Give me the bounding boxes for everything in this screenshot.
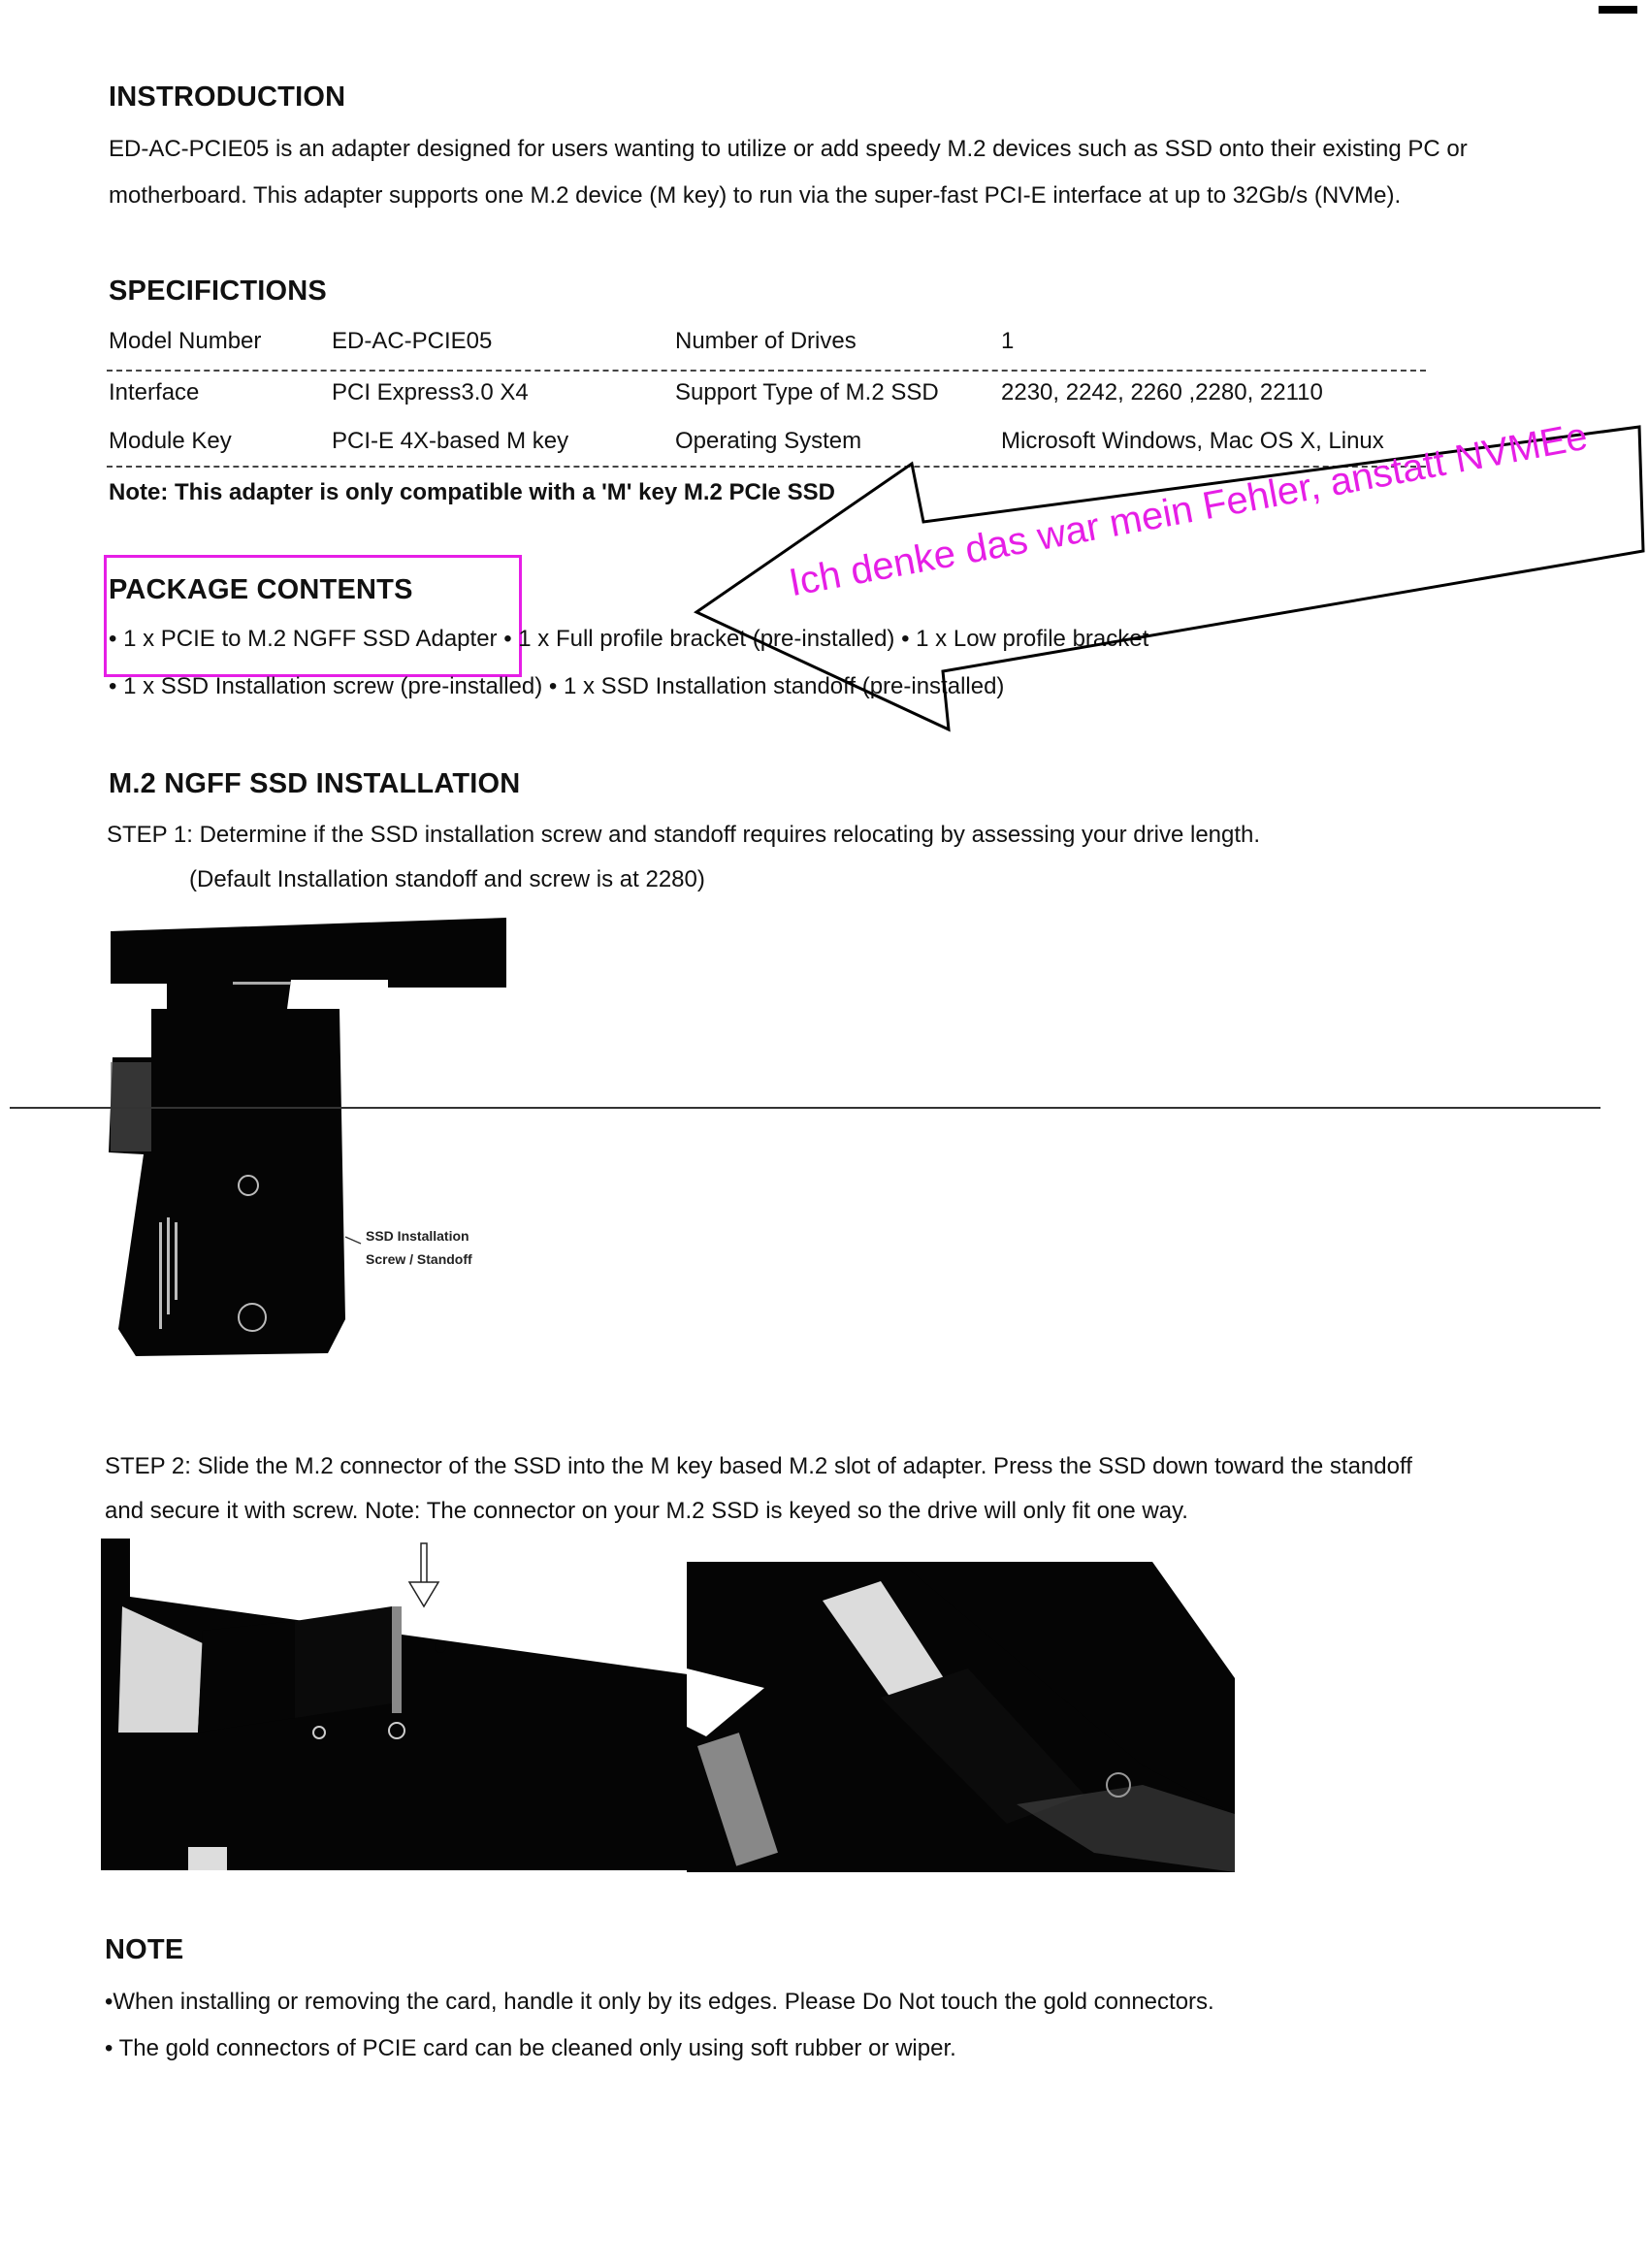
step1-subtext: (Default Installation standoff and screw… [189,866,705,893]
note-line1: •When installing or removing the card, h… [105,1989,1214,2016]
installation-heading: M.2 NGFF SSD INSTALLATION [109,768,520,800]
callout-line1: SSD Installation [366,1224,472,1247]
adapter-card-photo [97,912,524,1377]
callout-label: SSD Installation Screw / Standoff [366,1224,472,1271]
step2-text-line1: STEP 2: Slide the M.2 connector of the S… [105,1453,1412,1480]
scan-line-artifact [10,1107,1600,1109]
note-heading: NOTE [105,1934,183,1966]
note-line2: • The gold connectors of PCIE card can b… [105,2035,956,2062]
callout-line2: Screw / Standoff [366,1247,472,1271]
step1-text: STEP 1: Determine if the SSD installatio… [107,822,1260,849]
step2-text-line2: and secure it with screw. Note: The conn… [105,1498,1188,1525]
ssd-insertion-photo [101,1539,688,1870]
arrow-annotation-icon [0,0,1649,776]
ssd-installed-photo [687,1562,1235,1872]
